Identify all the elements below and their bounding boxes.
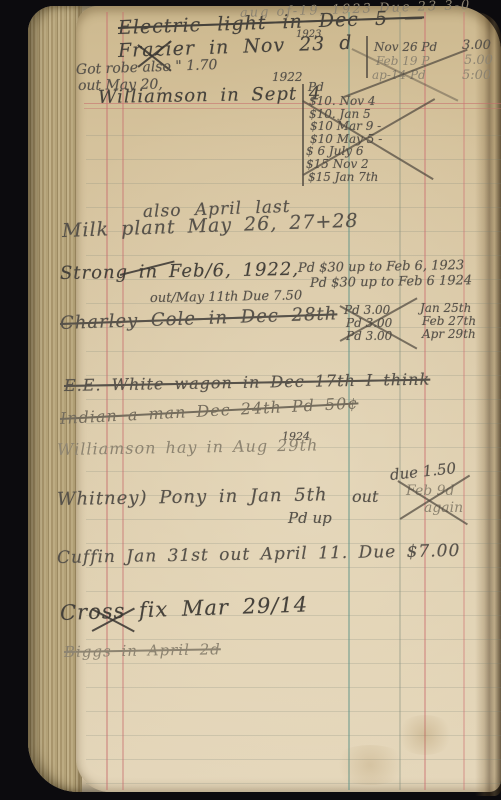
red-column-rule-1 — [424, 12, 426, 790]
frazier-amt-1: 3.00 — [462, 38, 491, 53]
whitney-out: out — [352, 487, 378, 506]
frazier-pay-1: Nov 26 Pd — [374, 40, 437, 54]
payments-pd-header: Pd — [308, 80, 324, 94]
stain — [395, 715, 455, 755]
cole-date: Feb 27th — [422, 314, 476, 328]
faint-column-rule — [399, 12, 401, 790]
red-head-rule-bottom — [84, 108, 501, 109]
payment-row: $15 Nov 2 — [306, 157, 369, 171]
left-margin-rule-2 — [122, 12, 124, 790]
strong-out: out/May 11th Due 7.50 — [150, 288, 302, 306]
red-column-rule-2 — [463, 12, 465, 790]
entry-strong: Strong in Feb/6, 1922, — [60, 259, 299, 284]
whitney-pd-up: Pd up — [288, 509, 332, 527]
frazier-amt-2: 5.00 — [464, 53, 493, 68]
cole-date: Apr 29th — [422, 327, 476, 341]
left-margin-rule-1 — [106, 12, 108, 790]
strong-pay-2: Pd $30 up to Feb 6 1924 — [310, 273, 472, 291]
page-stack-edge — [28, 6, 82, 792]
entry-biggs: Biggs in April 2d — [64, 640, 221, 661]
payment-row: $15 Jan 7th — [308, 170, 378, 184]
cole-date: Jan 25th — [420, 301, 471, 315]
stain — [330, 745, 410, 785]
frazier-amt-3: 5:00 — [462, 68, 491, 83]
entry-williamson: Williamson in Sept 4 — [98, 83, 322, 108]
ledger-photo: aug of-19, 1923 Due 23 3-0 Electric ligh… — [0, 0, 501, 800]
payment-row: $10. Nov 4 — [309, 94, 376, 108]
year-1922: 1922 — [272, 70, 303, 84]
